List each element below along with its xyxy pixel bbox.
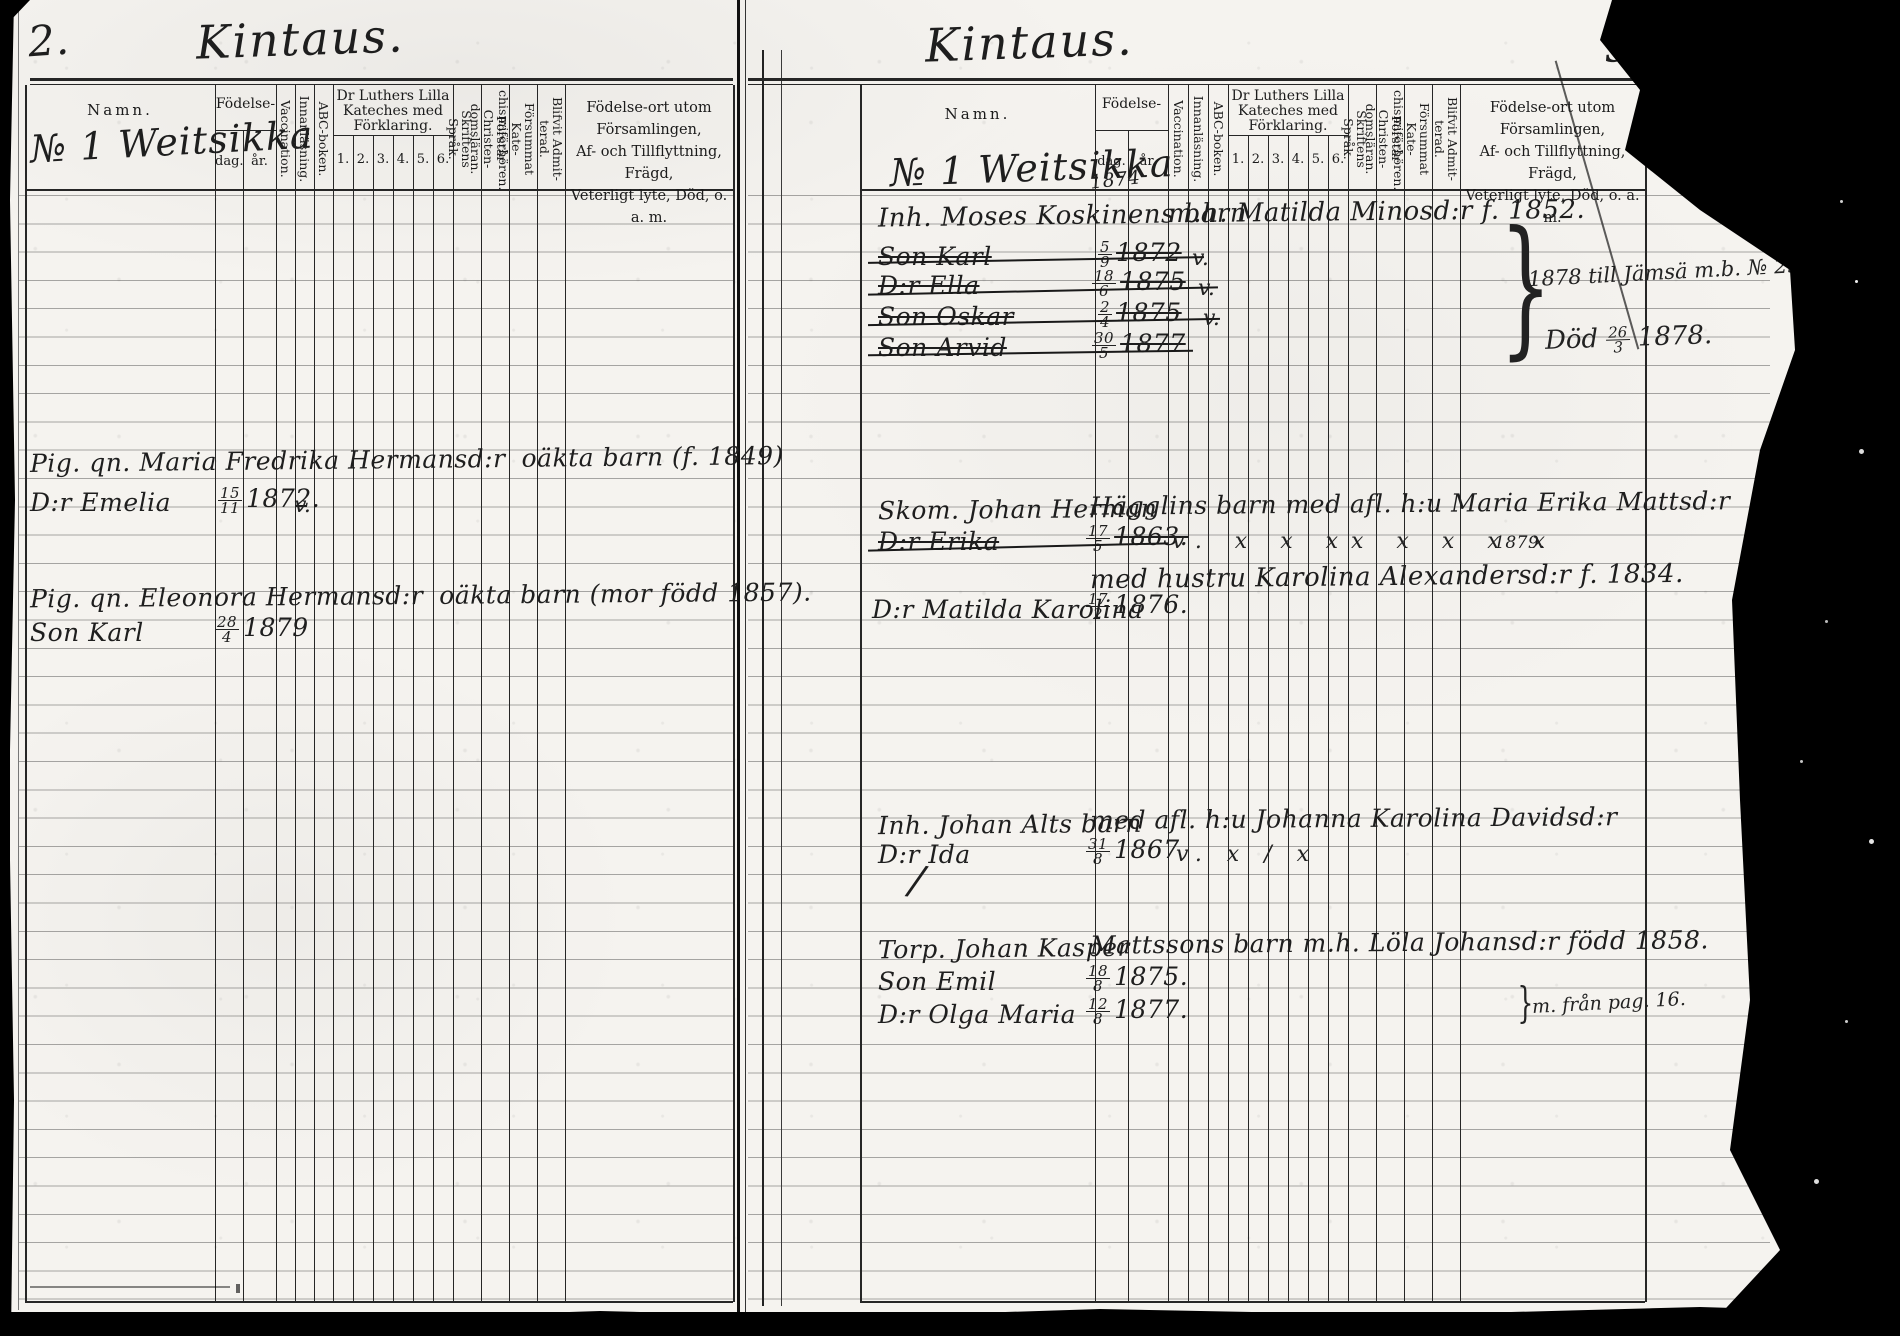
table-grid-vline: [1376, 85, 1377, 1302]
entry-name: Son Arvid: [878, 333, 1007, 362]
table-grid-vline: [1460, 85, 1461, 1302]
date-fraction: 24: [1098, 300, 1112, 329]
entry-note: Hägglins barn med afl. h:u Maria Erika M…: [1090, 486, 1731, 521]
page-title-right: Kintaus.: [924, 11, 1134, 72]
date-fraction: 186: [1092, 269, 1116, 298]
table-grid-hline: [333, 135, 453, 136]
entry-name: D:r Emelia: [30, 488, 171, 517]
kateches-2-right: 2.: [1248, 152, 1268, 167]
date-year: 1872: [1116, 238, 1182, 267]
table-grid-vline: [1248, 135, 1249, 1302]
table-grid-vline: [314, 85, 315, 1302]
kateches-2-left: 2.: [353, 152, 373, 167]
scan-smudge: [236, 1284, 240, 1293]
entry-name: Son Karl: [878, 242, 992, 271]
page-title-left: Kintaus.: [195, 8, 405, 69]
table-grid-hline: [25, 1301, 733, 1303]
table-grid-vline: [1348, 85, 1349, 1302]
kateches-1-left: 1.: [333, 152, 353, 167]
col-header-abc-left: ABC-boken.: [317, 90, 330, 188]
col-header-abc-right: ABC-boken.: [1212, 90, 1225, 188]
table-grid-vline: [18, 0, 19, 1310]
entry-marks: v. x / x: [1176, 842, 1318, 867]
scan-dust-specks: [1840, 200, 1843, 203]
date-fraction: 318: [1086, 837, 1110, 866]
table-grid-vline: [215, 85, 216, 1302]
table-grid-vline: [393, 135, 394, 1302]
table-grid-vline: [1328, 135, 1329, 1302]
table-grid-vline: [737, 0, 740, 1312]
entry-date: 3181867: [1086, 835, 1180, 866]
date-year: 1877: [1120, 329, 1186, 358]
entry-name: Son Emil: [878, 967, 996, 996]
margin-note-death: Död 263 1878.: [1545, 320, 1713, 356]
table-grid-vline: [243, 130, 244, 1302]
kateches-5-right: 5.: [1308, 152, 1328, 167]
col-header-blifvit-right: Blifvit Admit- terad.: [1433, 90, 1459, 188]
table-grid-vline: [25, 85, 27, 1302]
table-grid-hline: [30, 78, 733, 81]
entry-date: 1881875.: [1086, 962, 1188, 993]
entry-date: 1721876.: [1086, 590, 1188, 621]
entry-date: 241875: [1098, 298, 1182, 329]
death-year: 1878.: [1637, 320, 1712, 353]
table-grid-hline: [30, 84, 733, 85]
date-month: 2: [1086, 607, 1110, 621]
final-header-line1: Födelse-ort utom Församlingen,: [565, 97, 733, 141]
table-grid-vline: [1288, 135, 1289, 1302]
date-month: 8: [1086, 852, 1110, 866]
table-grid-vline: [453, 85, 454, 1302]
date-year: 1867: [1114, 835, 1180, 864]
entry-date: 3051877: [1092, 329, 1186, 360]
date-fraction: 172: [1086, 592, 1110, 621]
date-fraction: 263: [1606, 324, 1630, 354]
date-year: 1875.: [1114, 962, 1188, 991]
table-grid-vline: [509, 85, 510, 1302]
col-header-blifvit-left: Blifvit Admit- terad.: [538, 90, 564, 188]
table-grid-vline: [733, 85, 735, 1302]
col-header-innanlasning-right: Innanläsning.: [1192, 90, 1205, 188]
table-grid-vline: [433, 135, 434, 1302]
ruled-lines-left-page: [18, 195, 735, 1302]
table-grid-vline: [1228, 85, 1229, 1302]
date-fraction: 59: [1098, 240, 1112, 269]
table-grid-vline: [373, 135, 374, 1302]
date-year: 1879: [243, 613, 309, 642]
table-grid-hline: [860, 1301, 1645, 1303]
entry-name: Son Karl: [30, 618, 144, 647]
table-grid-vline: [353, 135, 354, 1302]
col-header-kateches-left: Dr Luthers Lilla Kateches med Förklaring…: [333, 89, 453, 134]
date-year: 1876.: [1114, 590, 1188, 619]
page-number-left: 2.: [26, 15, 70, 67]
table-grid-vline: [860, 85, 862, 1302]
entry-name: Pig. qn. Eleonora Hermansd:r: [30, 581, 423, 613]
col-header-forsummat-right: Försummat Kate- chismiförhören.: [1392, 90, 1431, 188]
table-grid-hline: [1228, 135, 1348, 136]
entry-note: oäkta barn (mor född 1857).: [439, 578, 812, 610]
date-month: 8: [1086, 1012, 1110, 1026]
table-grid-vline: [781, 50, 782, 1306]
col-header-fodelse-left: Födelse-: [215, 96, 276, 112]
final-header-line2: Af- och Tillflyttning, Frägd,: [1460, 141, 1645, 185]
table-grid-vline: [276, 85, 277, 1302]
entry-note: Mattssons barn m.h. Löla Johansd:r född …: [1090, 925, 1709, 959]
entry-name: D:r Ella: [878, 271, 980, 300]
entry-name: Pig. qn. Maria Fredrika Hermansd:r: [30, 444, 506, 478]
date-fraction: 1511: [218, 486, 242, 515]
col-header-forsummat-left: Försummat Kate- chismiförhören.: [497, 90, 536, 188]
date-month: 11: [218, 501, 242, 515]
entry-name: D:r Olga Maria: [878, 1000, 1076, 1029]
table-grid-vline: [537, 85, 538, 1302]
entry-date: 1281877.: [1086, 995, 1188, 1026]
entry-date: 591872: [1098, 238, 1182, 269]
entry-note: med afl. h:u Johanna Karolina Davidsd:r: [1090, 802, 1618, 835]
col-header-namn-left: Namn.: [25, 101, 215, 119]
date-month: 4: [215, 630, 239, 644]
kateches-5-left: 5.: [413, 152, 433, 167]
table-grid-vline: [481, 85, 482, 1302]
table-grid-vline: [1268, 135, 1269, 1302]
entry-date: 1861875: [1092, 267, 1186, 298]
table-grid-hline: [748, 84, 1645, 85]
entry-name: Son Oskar: [878, 302, 1014, 331]
death-word: Död: [1545, 324, 1599, 356]
table-grid-vline: [565, 85, 566, 1302]
date-year: 1875: [1120, 267, 1186, 296]
entry-note: oäkta barn (f. 1849): [521, 441, 784, 473]
date-fraction: 175: [1086, 524, 1110, 553]
table-grid-hline: [1095, 130, 1168, 131]
date-year: 1877.: [1114, 995, 1188, 1024]
col-header-kateches-right: Dr Luthers Lilla Kateches med Förklaring…: [1228, 89, 1348, 134]
col-header-fodelse-right: Födelse-: [1095, 96, 1168, 112]
date-month: 8: [1086, 979, 1110, 993]
table-grid-hline: [748, 78, 1645, 81]
scan-smudge: [30, 1286, 230, 1288]
date-fraction: 305: [1092, 331, 1116, 360]
kateches-4-left: 4.: [393, 152, 413, 167]
table-grid-vline: [1308, 135, 1309, 1302]
table-grid-vline: [762, 50, 764, 1306]
kateches-3-right: 3.: [1268, 152, 1288, 167]
table-grid-vline: [1432, 85, 1433, 1302]
entry-date: 2841879: [215, 613, 309, 644]
date-fraction: 188: [1086, 964, 1110, 993]
final-header-line2: Af- och Tillflyttning, Frägd,: [565, 141, 733, 185]
entry-marks: v. x x xx x x x x: [1172, 529, 1558, 554]
table-grid-vline: [295, 85, 296, 1302]
table-grid-vline: [1188, 85, 1189, 1302]
table-grid-vline: [333, 85, 334, 1302]
col-header-namn-right: Namn.: [860, 105, 1095, 123]
table-grid-vline: [745, 0, 746, 1312]
table-grid-vline: [1404, 85, 1405, 1302]
kateches-3-left: 3.: [373, 152, 393, 167]
date-month: 3: [1606, 339, 1630, 354]
kateches-4-right: 4.: [1288, 152, 1308, 167]
date-fraction: 128: [1086, 997, 1110, 1026]
date-year: 1875: [1116, 298, 1182, 327]
col-header-final-left: Födelse-ort utom Församlingen, Af- och T…: [565, 97, 733, 229]
entry-name: D:r Erika: [878, 527, 999, 556]
date-fraction: 284: [215, 615, 239, 644]
final-header-line1: Födelse-ort utom Församlingen,: [1460, 97, 1645, 141]
table-grid-vline: [413, 135, 414, 1302]
entry-marks: v.: [294, 493, 311, 518]
kateches-1-right: 1.: [1228, 152, 1248, 167]
final-header-line3: Veterligt lyte, Död, o. a. m.: [565, 185, 733, 229]
scanned-church-record: 2. Kintaus. Namn. Födelse- dag. år. Vacc…: [0, 0, 1900, 1336]
